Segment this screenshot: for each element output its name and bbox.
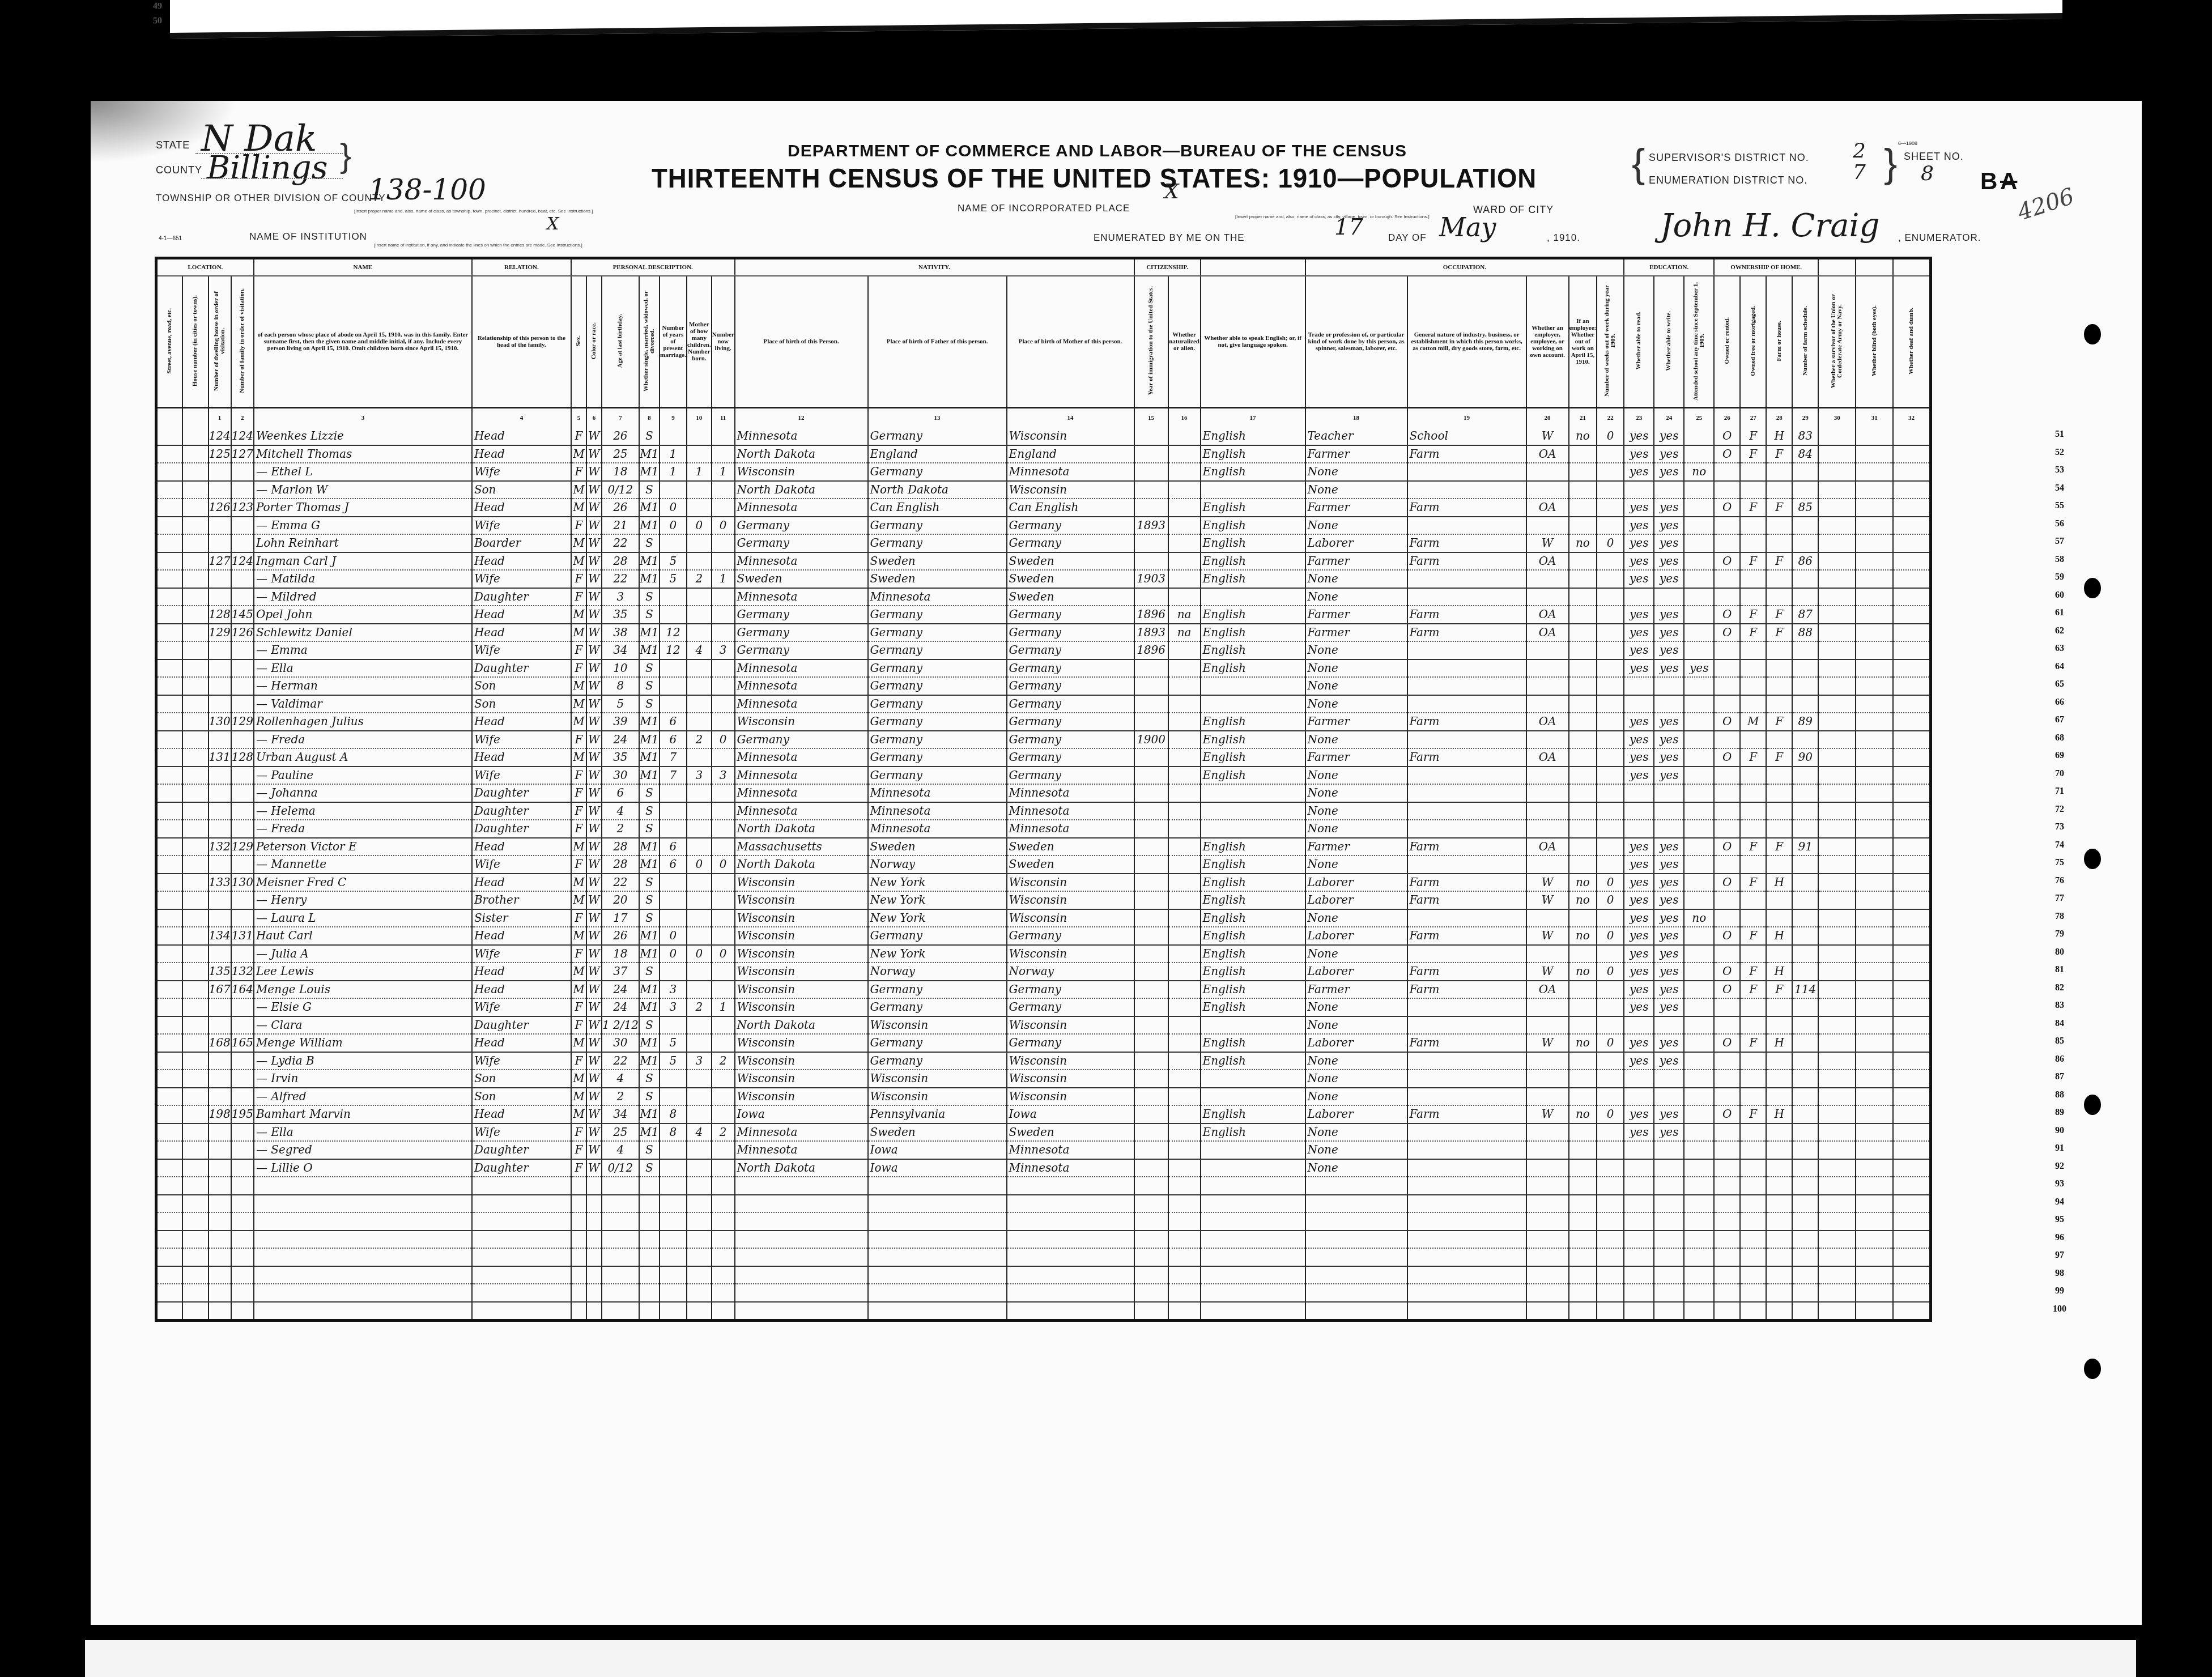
cell-pob: Germany xyxy=(735,606,868,624)
cell-empty xyxy=(1893,945,1930,963)
table-row: 125127Mitchell ThomasHeadMW25M11North Da… xyxy=(156,445,1931,463)
line-number: 74 xyxy=(2048,840,2071,850)
cell-own xyxy=(1714,909,1740,927)
column-header-text: Number of dwelling house in order of vis… xyxy=(214,279,226,403)
cell-race: W xyxy=(586,713,602,731)
column-header-text: Owned or rented. xyxy=(1724,317,1730,364)
cell-race: W xyxy=(586,838,602,856)
cell-empty xyxy=(1893,1070,1930,1088)
cell-born xyxy=(687,1141,712,1159)
cell-wks xyxy=(1597,570,1624,588)
cell-sched xyxy=(1792,1302,1818,1321)
cell-mpob: Wisconsin xyxy=(1007,428,1134,445)
cell-empty xyxy=(1893,1016,1930,1035)
cell-empty xyxy=(1818,1231,1856,1249)
cell-yrs: 12 xyxy=(660,641,687,659)
cell-farm: F xyxy=(1766,981,1792,999)
cell-sex xyxy=(571,1284,586,1302)
cell-pob: North Dakota xyxy=(735,1016,868,1035)
cell-wks xyxy=(1597,1070,1624,1088)
cell-empty xyxy=(1818,909,1856,927)
cell-nat xyxy=(1168,481,1201,499)
cell-empty xyxy=(156,677,182,695)
cell-living xyxy=(712,1212,735,1231)
cell-empty xyxy=(182,1159,209,1177)
cell-rel xyxy=(472,1302,571,1321)
table-row: — IrvinSonMW4SWisconsinWisconsinWisconsi… xyxy=(156,1070,1931,1088)
cell-ind xyxy=(1407,463,1526,481)
column-header-2: Number of family in order of visitation. xyxy=(231,276,254,408)
column-header-text: Year of immigration to the United States… xyxy=(1148,286,1154,395)
cell-lang xyxy=(1201,1284,1305,1302)
cell-imm xyxy=(1134,945,1168,963)
cell-name: Lohn Reinhart xyxy=(254,534,472,552)
cell-ind xyxy=(1407,695,1526,713)
cell-own xyxy=(1714,820,1740,838)
cell-fam xyxy=(231,463,254,481)
cell-race: W xyxy=(586,534,602,552)
cell-sex: F xyxy=(571,1052,586,1070)
cell-rel xyxy=(472,1212,571,1231)
line-number: 80 xyxy=(2048,947,2071,957)
sheet-number-label: SHEET NO. xyxy=(1904,151,1964,163)
cell-empty xyxy=(156,659,182,678)
cell-lang: English xyxy=(1201,748,1305,767)
cell-empty xyxy=(182,784,209,802)
cell-empty xyxy=(1856,1195,1893,1213)
cell-farm: F xyxy=(1766,606,1792,624)
cell-emp xyxy=(1526,1231,1569,1249)
cell-fam xyxy=(231,909,254,927)
cell-free xyxy=(1740,1248,1766,1266)
cell-born xyxy=(687,481,712,499)
cell-empty xyxy=(182,927,209,945)
cell-sex: F xyxy=(571,1123,586,1142)
cell-empty xyxy=(1856,624,1893,642)
cell-empty xyxy=(1856,731,1893,749)
cell-nat xyxy=(1168,1266,1201,1284)
cell-age: 25 xyxy=(602,1123,639,1142)
cell-free: F xyxy=(1740,624,1766,642)
cell-dw: 133 xyxy=(209,874,231,892)
cell-read xyxy=(1624,481,1654,499)
cell-ind xyxy=(1407,731,1526,749)
line-number: 62 xyxy=(2048,626,2071,636)
cell-empty xyxy=(182,713,209,731)
cell-age xyxy=(602,1195,639,1213)
cell-write xyxy=(1654,1231,1684,1249)
cell-rel: Head xyxy=(472,981,571,999)
cell-rel: Son xyxy=(472,481,571,499)
cell-empty xyxy=(1818,1284,1856,1302)
cell-empty xyxy=(1818,1195,1856,1213)
cell-ind xyxy=(1407,820,1526,838)
cell-write xyxy=(1654,1195,1684,1213)
cell-name xyxy=(254,1212,472,1231)
cell-farm xyxy=(1766,534,1792,552)
cell-mpob: Wisconsin xyxy=(1007,1016,1134,1035)
cell-empty xyxy=(1818,624,1856,642)
cell-rel: Boarder xyxy=(472,534,571,552)
cell-imm xyxy=(1134,909,1168,927)
cell-nat xyxy=(1168,767,1201,785)
cell-imm xyxy=(1134,767,1168,785)
cell-wks xyxy=(1597,1123,1624,1142)
cell-nat xyxy=(1168,1195,1201,1213)
cell-age xyxy=(602,1302,639,1321)
cell-living xyxy=(712,784,735,802)
cell-out xyxy=(1569,695,1597,713)
cell-imm xyxy=(1134,695,1168,713)
cell-emp xyxy=(1526,820,1569,838)
cell-imm xyxy=(1134,552,1168,571)
cell-mpob: Wisconsin xyxy=(1007,874,1134,892)
cell-lang: English xyxy=(1201,874,1305,892)
cell-name: — Irvin xyxy=(254,1070,472,1088)
cell-ind xyxy=(1407,659,1526,678)
cell-free xyxy=(1740,463,1766,481)
cell-empty xyxy=(1818,606,1856,624)
cell-emp: OA xyxy=(1526,713,1569,731)
cell-occ: None xyxy=(1305,1016,1407,1035)
cell-ind: Farm xyxy=(1407,927,1526,945)
cell-out xyxy=(1569,802,1597,820)
cell-write: yes xyxy=(1654,1123,1684,1142)
cell-empty xyxy=(1893,1088,1930,1106)
cell-born xyxy=(687,713,712,731)
cell-fpob: Germany xyxy=(868,463,1007,481)
cell-fam xyxy=(231,1284,254,1302)
cell-fpob: New York xyxy=(868,909,1007,927)
cell-sex: M xyxy=(571,552,586,571)
cell-lang: English xyxy=(1201,1034,1305,1052)
cell-free xyxy=(1740,1159,1766,1177)
cell-ms: S xyxy=(639,1016,660,1035)
cell-race: W xyxy=(586,963,602,981)
cell-read: yes xyxy=(1624,499,1654,517)
cell-name: Urban August A xyxy=(254,748,472,767)
cell-sched: 89 xyxy=(1792,713,1818,731)
cell-occ: None xyxy=(1305,1088,1407,1106)
cell-fpob: Germany xyxy=(868,677,1007,695)
cell-race: W xyxy=(586,588,602,606)
group-veteran xyxy=(1818,258,1856,276)
cell-sched xyxy=(1792,731,1818,749)
cell-ms: S xyxy=(639,1070,660,1088)
cell-empty xyxy=(156,874,182,892)
cell-own: O xyxy=(1714,624,1740,642)
cell-sex xyxy=(571,1302,586,1321)
cell-pob: Minnesota xyxy=(735,1141,868,1159)
cell-write xyxy=(1654,1159,1684,1177)
cell-emp: OA xyxy=(1526,624,1569,642)
cell-born xyxy=(687,552,712,571)
cell-fpob: Iowa xyxy=(868,1159,1007,1177)
group-deaf xyxy=(1893,258,1930,276)
cell-nat xyxy=(1168,677,1201,695)
cell-age: 22 xyxy=(602,570,639,588)
cell-fam: 165 xyxy=(231,1034,254,1052)
cell-pob: Wisconsin xyxy=(735,1034,868,1052)
cell-empty xyxy=(1818,1302,1856,1321)
cell-empty xyxy=(156,802,182,820)
cell-age: 26 xyxy=(602,927,639,945)
cell-ind xyxy=(1407,767,1526,785)
cell-emp xyxy=(1526,641,1569,659)
cell-emp xyxy=(1526,1070,1569,1088)
cell-own: O xyxy=(1714,963,1740,981)
cell-age: 28 xyxy=(602,838,639,856)
cell-yrs: 5 xyxy=(660,552,687,571)
incorporated-place-label: NAME OF INCORPORATED PLACE xyxy=(958,203,1130,214)
enumerator-signature: John H. Craig xyxy=(1660,207,1879,244)
cell-rel: Wife xyxy=(472,1052,571,1070)
cell-sch xyxy=(1684,1123,1714,1142)
cell-living xyxy=(712,624,735,642)
cell-out xyxy=(1569,1195,1597,1213)
cell-imm xyxy=(1134,1141,1168,1159)
cell-yrs xyxy=(660,481,687,499)
cell-imm xyxy=(1134,1105,1168,1123)
cell-fpob: Germany xyxy=(868,517,1007,535)
cell-fam xyxy=(231,517,254,535)
cell-sex xyxy=(571,1195,586,1213)
cell-dw xyxy=(209,802,231,820)
cell-wks xyxy=(1597,1177,1624,1195)
cell-free xyxy=(1740,1266,1766,1284)
cell-fpob: Minnesota xyxy=(868,802,1007,820)
column-header-27: Owned free or mortgaged. xyxy=(1740,276,1766,408)
table-row xyxy=(156,1195,1931,1213)
cell-wks xyxy=(1597,820,1624,838)
cell-lang: English xyxy=(1201,998,1305,1016)
cell-nat xyxy=(1168,1248,1201,1266)
cell-nat xyxy=(1168,517,1201,535)
cell-sched xyxy=(1792,677,1818,695)
cell-out: no xyxy=(1569,534,1597,552)
cell-pob: Wisconsin xyxy=(735,891,868,909)
cell-empty xyxy=(1818,1141,1856,1159)
cell-empty xyxy=(1893,981,1930,999)
cell-imm xyxy=(1134,874,1168,892)
cell-rel: Daughter xyxy=(472,820,571,838)
cell-living: 3 xyxy=(712,767,735,785)
cell-wks xyxy=(1597,1141,1624,1159)
cell-ms: M1 xyxy=(639,445,660,463)
cell-mpob: Sweden xyxy=(1007,855,1134,874)
cell-imm: 1896 xyxy=(1134,606,1168,624)
cell-sched: 90 xyxy=(1792,748,1818,767)
cell-empty xyxy=(182,945,209,963)
cell-yrs xyxy=(660,1231,687,1249)
line-number: 97 xyxy=(2048,1250,2071,1261)
cell-fam xyxy=(231,998,254,1016)
cell-living xyxy=(712,748,735,767)
cell-pob xyxy=(735,1266,868,1284)
cell-wks: 0 xyxy=(1597,874,1624,892)
cell-imm xyxy=(1134,1266,1168,1284)
cell-name xyxy=(254,1248,472,1266)
cell-dw xyxy=(209,1266,231,1284)
census-title: THIRTEENTH CENSUS OF THE UNITED STATES: … xyxy=(652,163,1537,194)
cell-born xyxy=(687,499,712,517)
cell-fam: 128 xyxy=(231,748,254,767)
cell-ind xyxy=(1407,1177,1526,1195)
cell-read: yes xyxy=(1624,1123,1654,1142)
cell-write xyxy=(1654,588,1684,606)
cell-ms: M1 xyxy=(639,981,660,999)
cell-occ: None xyxy=(1305,1141,1407,1159)
cell-pob: Minnesota xyxy=(735,428,868,445)
cell-race xyxy=(586,1248,602,1266)
cell-ms: S xyxy=(639,802,660,820)
cell-emp xyxy=(1526,659,1569,678)
cell-occ: None xyxy=(1305,731,1407,749)
cell-fpob: Sweden xyxy=(868,552,1007,571)
cell-out: no xyxy=(1569,1034,1597,1052)
cell-own xyxy=(1714,767,1740,785)
cell-age: 22 xyxy=(602,874,639,892)
population-schedule-table: LOCATION. NAME RELATION. PERSONAL DESCRI… xyxy=(155,257,1932,1322)
cell-own: O xyxy=(1714,499,1740,517)
cell-pob: Minnesota xyxy=(735,552,868,571)
cell-empty xyxy=(1856,891,1893,909)
cell-rel: Wife xyxy=(472,570,571,588)
cell-emp xyxy=(1526,1016,1569,1035)
cell-age: 22 xyxy=(602,534,639,552)
cell-yrs: 0 xyxy=(660,927,687,945)
cell-out: no xyxy=(1569,874,1597,892)
cell-farm xyxy=(1766,1070,1792,1088)
cell-wks xyxy=(1597,1159,1624,1177)
cell-empty xyxy=(182,517,209,535)
cell-empty xyxy=(182,963,209,981)
cell-sched xyxy=(1792,1266,1818,1284)
cell-occ: None xyxy=(1305,659,1407,678)
cell-emp xyxy=(1526,1088,1569,1106)
cell-out xyxy=(1569,1052,1597,1070)
cell-fam xyxy=(231,677,254,695)
cell-read xyxy=(1624,1159,1654,1177)
cell-mpob: Germany xyxy=(1007,517,1134,535)
cell-born xyxy=(687,838,712,856)
cell-ms: S xyxy=(639,534,660,552)
cell-farm: H xyxy=(1766,1105,1792,1123)
cell-born: 1 xyxy=(687,463,712,481)
table-row xyxy=(156,1302,1931,1321)
cell-empty xyxy=(1893,1123,1930,1142)
cell-free xyxy=(1740,1070,1766,1088)
cell-sched xyxy=(1792,534,1818,552)
cell-out xyxy=(1569,1123,1597,1142)
cell-yrs xyxy=(660,820,687,838)
column-header-text: Sex. xyxy=(576,335,582,346)
cell-living xyxy=(712,963,735,981)
cell-yrs: 6 xyxy=(660,731,687,749)
cell-own: O xyxy=(1714,927,1740,945)
cell-empty xyxy=(1893,517,1930,535)
cell-dw xyxy=(209,1195,231,1213)
cell-rel xyxy=(472,1284,571,1302)
table-row xyxy=(156,1177,1931,1195)
cell-empty xyxy=(1818,534,1856,552)
cell-race xyxy=(586,1266,602,1284)
cell-ms: S xyxy=(639,588,660,606)
cell-living xyxy=(712,1302,735,1321)
cell-fam xyxy=(231,641,254,659)
cell-imm xyxy=(1134,981,1168,999)
cell-sched xyxy=(1792,855,1818,874)
cell-farm xyxy=(1766,641,1792,659)
cell-free xyxy=(1740,891,1766,909)
cell-free xyxy=(1740,820,1766,838)
cell-write: yes xyxy=(1654,659,1684,678)
cell-sch xyxy=(1684,588,1714,606)
cell-pob: Wisconsin xyxy=(735,981,868,999)
cell-fpob: Wisconsin xyxy=(868,1016,1007,1035)
cell-empty xyxy=(1856,1266,1893,1284)
cell-dw xyxy=(209,1016,231,1035)
cell-ms: S xyxy=(639,909,660,927)
cell-empty xyxy=(1856,802,1893,820)
cell-out xyxy=(1569,517,1597,535)
column-header-text: Whether a survivor of the Union or Confe… xyxy=(1831,279,1843,403)
cell-read: yes xyxy=(1624,641,1654,659)
cell-lang: English xyxy=(1201,641,1305,659)
cell-race: W xyxy=(586,481,602,499)
cell-mpob: Germany xyxy=(1007,534,1134,552)
cell-pob: Sweden xyxy=(735,570,868,588)
cell-sex: F xyxy=(571,1141,586,1159)
cell-empty xyxy=(182,820,209,838)
cell-dw xyxy=(209,481,231,499)
cell-race: W xyxy=(586,891,602,909)
cell-living: 3 xyxy=(712,641,735,659)
cell-occ: Laborer xyxy=(1305,927,1407,945)
cell-farm xyxy=(1766,1052,1792,1070)
cell-sch xyxy=(1684,481,1714,499)
cell-nat xyxy=(1168,1141,1201,1159)
cell-sch xyxy=(1684,499,1714,517)
cell-yrs xyxy=(660,909,687,927)
cell-fpob: Minnesota xyxy=(868,784,1007,802)
cell-fam: 126 xyxy=(231,624,254,642)
cell-yrs xyxy=(660,677,687,695)
cell-living xyxy=(712,1248,735,1266)
cell-empty xyxy=(1893,1141,1930,1159)
cell-name: Haut Carl xyxy=(254,927,472,945)
cell-empty xyxy=(1856,641,1893,659)
cell-free: F xyxy=(1740,499,1766,517)
line-number: 89 xyxy=(2048,1108,2071,1118)
cell-lang: English xyxy=(1201,963,1305,981)
cell-free xyxy=(1740,1177,1766,1195)
cell-mpob: Wisconsin xyxy=(1007,909,1134,927)
cell-empty xyxy=(156,731,182,749)
cell-free xyxy=(1740,517,1766,535)
cell-mpob: Germany xyxy=(1007,981,1134,999)
cell-empty xyxy=(182,909,209,927)
cell-race: W xyxy=(586,1105,602,1123)
cell-lang xyxy=(1201,1088,1305,1106)
cell-nat xyxy=(1168,570,1201,588)
cell-fam xyxy=(231,767,254,785)
cell-fpob: Germany xyxy=(868,428,1007,445)
cell-out xyxy=(1569,1070,1597,1088)
cell-living xyxy=(712,499,735,517)
cell-sch xyxy=(1684,874,1714,892)
cell-read: yes xyxy=(1624,713,1654,731)
